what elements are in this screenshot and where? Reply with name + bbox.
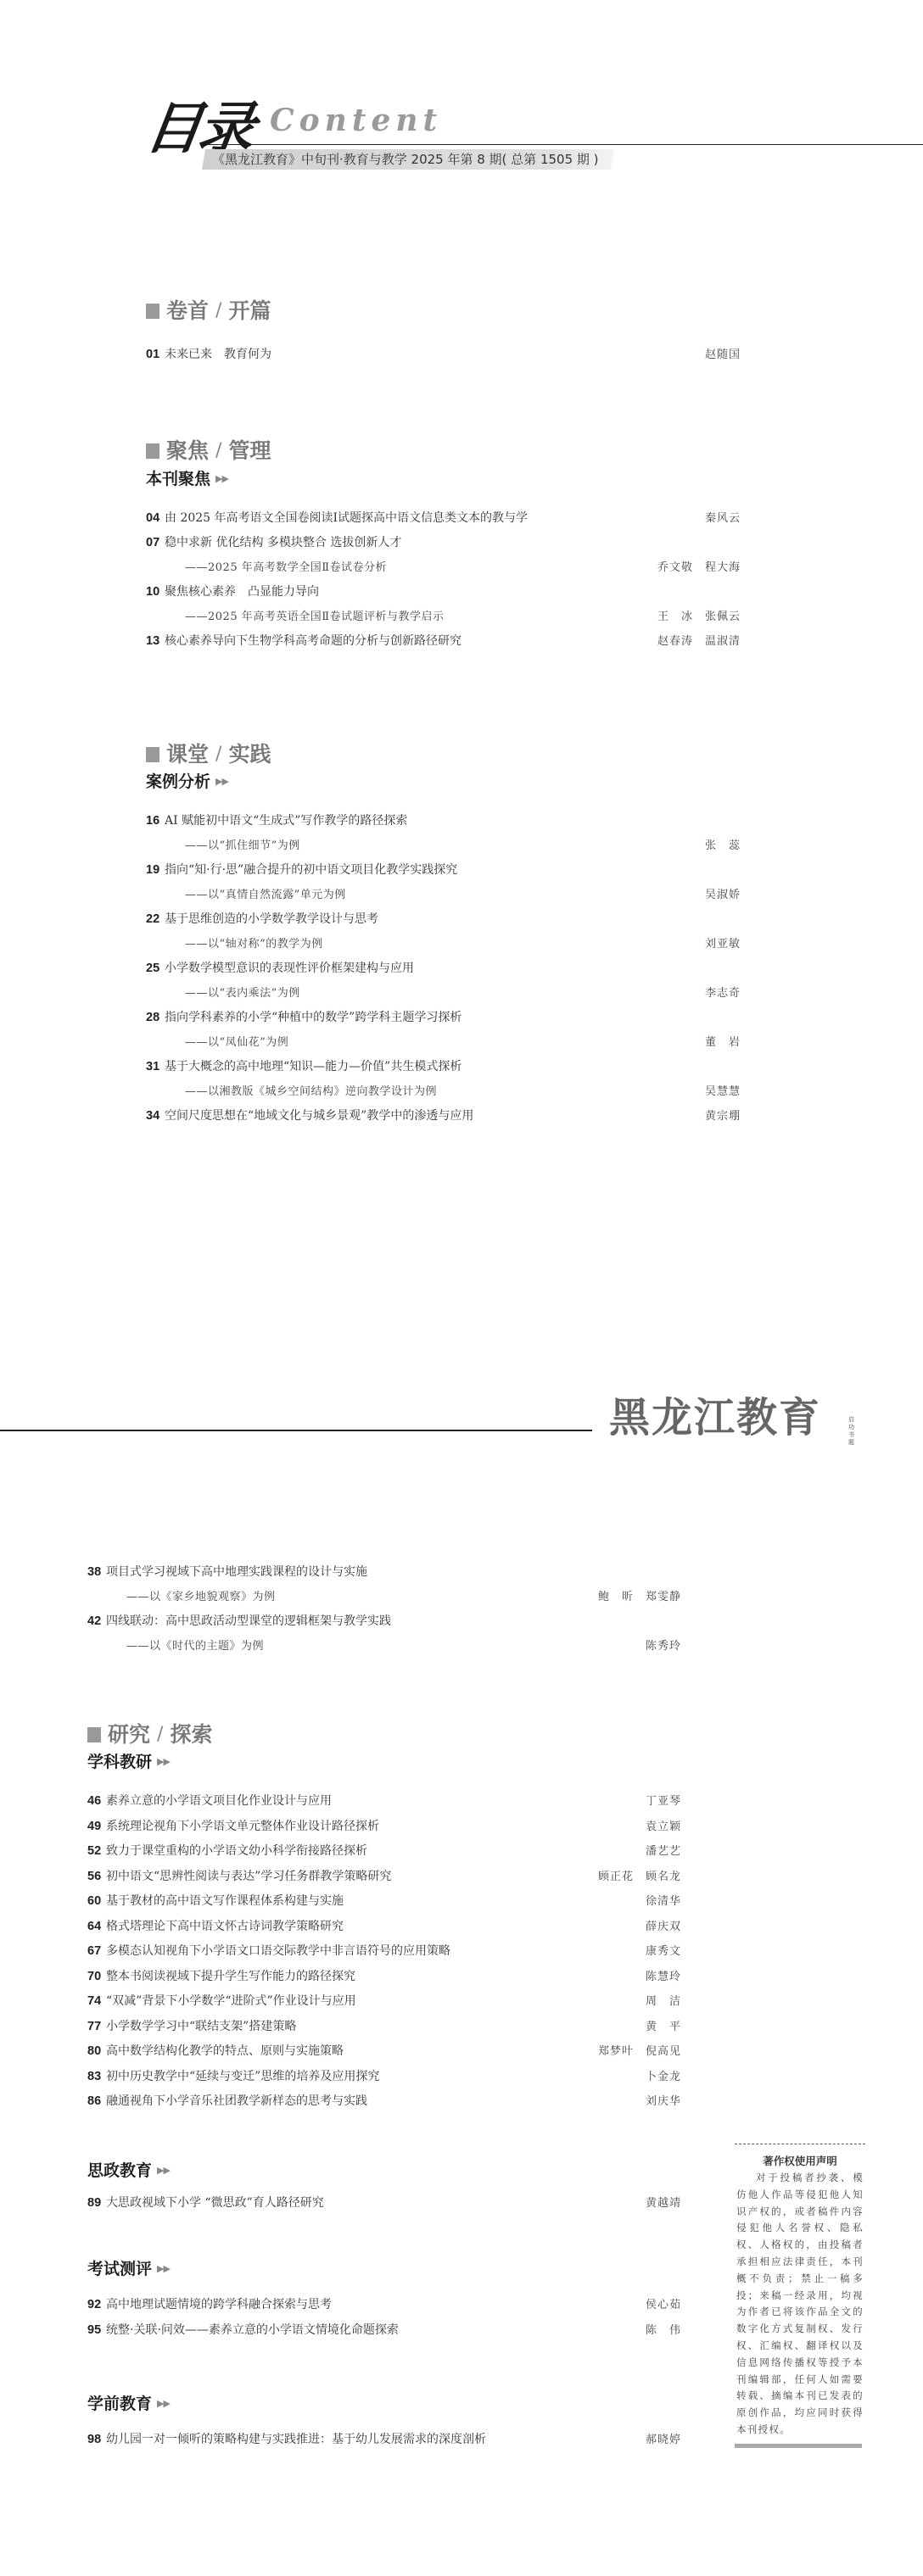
article-title: 基于教材的高中语文写作课程体系构建与实施: [106, 1889, 344, 1914]
article-author: 吴慧慧: [705, 1079, 741, 1104]
page-number: 31: [146, 1055, 159, 1079]
article-subtitle: ——以“抓住细节”为例: [185, 834, 300, 858]
toc-entry-subtitle: ——以“真情自然流露”单元为例 吴淑娇: [146, 883, 741, 907]
article-title: 幼儿园一对一倾听的策略构建与实践推进：基于幼儿发展需求的深度剖析: [106, 2428, 486, 2452]
article-title: 指向“知·行·思”融合提升的初中语文项目化教学实践探究: [165, 858, 457, 883]
article-title: 空间尺度思想在“地域文化与城乡景观”教学中的渗透与应用: [165, 1104, 473, 1129]
toc-title-en: Content: [270, 105, 442, 136]
article-title: 初中语文“思辨性阅读与表达”学习任务群教学策略研究: [106, 1865, 391, 1889]
page-number: 95: [87, 2318, 101, 2343]
toc-entry[interactable]: 01 未来已来 教育何为 赵随国: [146, 343, 741, 367]
article-title: 稳中求新 优化结构 多模块整合 选拔创新人才: [165, 531, 401, 555]
toc-entry[interactable]: 10 聚焦核心素养 凸显能力导向: [146, 580, 741, 605]
section-heading-right: 管理: [228, 438, 271, 464]
article-title: 系统理论视角下小学语文单元整体作业设计路径探析: [106, 1815, 379, 1839]
page-number: 38: [87, 1560, 101, 1585]
article-author: 鲍 昕 郑雯静: [598, 1585, 681, 1609]
toc-entry[interactable]: 60 基于教材的高中语文写作课程体系构建与实施 徐清华: [87, 1889, 681, 1914]
subsection-heading-subject-research: 学科教研 ▶▶: [87, 1752, 170, 1772]
double-triangle-icon: ▶▶: [215, 772, 228, 792]
section-heading-right: 探索: [170, 1722, 212, 1748]
article-title: “双减”背景下小学数学“进阶式”作业设计与应用: [106, 1989, 356, 2014]
article-title: 初中历史教学中“延续与变迁”思维的培养及应用探究: [106, 2065, 379, 2089]
article-author: 卜金龙: [646, 2065, 681, 2089]
section-heading-left: 课堂: [166, 742, 209, 767]
slash-divider: /: [215, 742, 221, 767]
issue-info-text: 《黑龙江教育》中旬刊·教育与教学 2025 年第 8 期( 总第 1505 期 …: [212, 149, 599, 170]
toc-title-cn: 目录: [142, 100, 255, 156]
subsection-label: 学科教研: [87, 1752, 152, 1772]
article-title: 整本书阅读视域下提升学生写作能力的路径探究: [106, 1965, 355, 1989]
page-number: 92: [87, 2293, 101, 2317]
page-number: 89: [87, 2191, 101, 2216]
article-subtitle: ——以“凤仙花”为例: [185, 1030, 288, 1055]
page-number: 49: [87, 1815, 101, 1839]
dashed-divider: [735, 2144, 865, 2144]
page-number: 10: [146, 580, 159, 605]
article-title: 基于大概念的高中地理“知识—能力—价值”共生模式探析: [165, 1055, 461, 1079]
subsection-label: 本刊聚焦: [146, 469, 210, 489]
square-bullet-icon: [146, 443, 159, 459]
article-author: 郝晓婷: [646, 2428, 681, 2452]
page-number: 42: [87, 1609, 101, 1634]
page-number: 01: [146, 343, 159, 367]
subsection-label: 案例分析: [146, 772, 210, 792]
section-heading-right: 开篇: [228, 298, 271, 324]
toc-entry-subtitle: ——以“抓住细节”为例 张 蕊: [146, 834, 741, 858]
article-title: 多模态认知视角下小学语文口语交际教学中非言语符号的应用策略: [106, 1939, 450, 1964]
copyright-notice-body: 对于投稿者抄袭、模仿他人作品等侵犯他人知识产权的，或者稿件内容侵犯他人名誉权、隐…: [735, 2170, 865, 2439]
article-title: 高中地理试题情境的跨学科融合探索与思考: [106, 2293, 332, 2317]
issue-info-banner: 《黑龙江教育》中旬刊·教育与教学 2025 年第 8 期( 总第 1505 期 …: [202, 149, 614, 170]
article-author: 侯心茹: [646, 2293, 681, 2317]
subsection-label: 学前教育: [87, 2394, 152, 2414]
article-author: 董 岩: [705, 1030, 741, 1055]
square-bullet-icon: [146, 747, 159, 762]
article-author: 王 冰 张佩云: [657, 605, 741, 629]
magazine-logo: 黑龙江教育: [609, 1397, 821, 1438]
page-number: 13: [146, 629, 159, 654]
toc-entry[interactable]: 86 融通视角下小学音乐社团教学新样态的思考与实践 刘庆华: [87, 2089, 681, 2114]
page-number: 16: [146, 809, 159, 834]
article-author: 薛庆双: [646, 1915, 681, 1939]
article-author: 李志奇: [705, 981, 741, 1006]
toc-entry[interactable]: 25 小学数学模型意识的表现性评价框架建构与应用: [146, 956, 741, 981]
article-subtitle: ——以湘教版《城乡空间结构》逆向教学设计为例: [185, 1079, 437, 1104]
bottom-bar: [735, 2444, 862, 2448]
article-title: 素养立意的小学语文项目化作业设计与应用: [106, 1789, 332, 1814]
page-number: 77: [87, 2015, 101, 2039]
article-title: 聚焦核心素养 凸显能力导向: [165, 580, 319, 605]
article-author: 周 洁: [646, 1989, 681, 2014]
article-subtitle: ——2025 年高考数学全国Ⅱ卷试卷分析: [185, 555, 387, 580]
toc-entry[interactable]: 38 项目式学习视域下高中地理实践课程的设计与实施: [87, 1560, 681, 1585]
page-number: 83: [87, 2065, 101, 2089]
article-title: 由 2025 年高考语文全国卷阅读Ⅰ试题探高中语文信息类文本的教与学: [165, 506, 528, 531]
toc-entry[interactable]: 13 核心素养导向下生物学科高考命题的分析与创新路径研究 赵春涛 温淑清: [146, 629, 741, 654]
logo-calligrapher-signature: 启功书题: [848, 1416, 855, 1447]
header-rule: [208, 144, 923, 145]
toc-entry-subtitle: ——以“凤仙花”为例 董 岩: [146, 1030, 741, 1055]
article-title: AI 赋能初中语文“生成式”写作教学的路径探索: [165, 809, 407, 834]
article-author: 陈 伟: [646, 2318, 681, 2343]
section-heading-research: 研究 / 探索: [87, 1722, 212, 1748]
toc-entry[interactable]: 83 初中历史教学中“延续与变迁”思维的培养及应用探究 卜金龙: [87, 2065, 681, 2089]
article-subtitle: ——以“表内乘法”为例: [185, 981, 300, 1006]
subsection-heading-preschool: 学前教育 ▶▶: [87, 2394, 170, 2414]
page-number: 34: [146, 1104, 159, 1129]
toc-entry-subtitle: ——以《家乡地貌观察》为例 鲍 昕 郑雯静: [87, 1585, 681, 1609]
section-heading-left: 卷首: [166, 298, 209, 324]
page-number: 46: [87, 1789, 101, 1814]
article-author: 赵春涛 温淑清: [657, 629, 741, 654]
toc-entry[interactable]: 42 四线联动：高中思政活动型课堂的逻辑框架与教学实践: [87, 1609, 681, 1634]
subsection-heading-ideological: 思政教育 ▶▶: [87, 2161, 170, 2181]
article-author: 赵随国: [705, 343, 741, 367]
article-title: 小学数学学习中“联结支架”搭建策略: [106, 2015, 296, 2039]
article-title: 统整·关联·问效——素养立意的小学语文情境化命题探索: [106, 2318, 399, 2343]
article-title: 指向学科素养的小学“种植中的数学”跨学科主题学习探析: [165, 1006, 461, 1030]
toc-entry[interactable]: 56 初中语文“思辨性阅读与表达”学习任务群教学策略研究 顾正花 顾名龙: [87, 1865, 681, 1889]
article-author: 秦风云: [705, 506, 741, 531]
subsection-label: 考试测评: [87, 2259, 152, 2279]
article-subtitle: ——以“真情自然流露”单元为例: [185, 883, 346, 907]
toc-entry[interactable]: 64 格式塔理论下高中语文怀古诗词教学策略研究 薛庆双: [87, 1915, 681, 1939]
double-triangle-icon: ▶▶: [157, 1752, 170, 1772]
subsection-heading-cases: 案例分析 ▶▶: [146, 772, 228, 792]
article-author: 乔文敬 程大海: [657, 555, 741, 580]
square-bullet-icon: [87, 1727, 101, 1742]
article-author: 潘艺艺: [646, 1839, 681, 1864]
article-subtitle: ——以《时代的主题》为例: [126, 1634, 264, 1659]
subsection-heading-focus: 本刊聚焦 ▶▶: [146, 469, 228, 489]
section-heading-right: 实践: [228, 742, 271, 767]
article-title: 格式塔理论下高中语文怀古诗词教学策略研究: [106, 1915, 344, 1939]
section-heading-left: 聚焦: [166, 438, 209, 464]
article-subtitle: ——以《家乡地貌观察》为例: [126, 1585, 276, 1609]
article-author: 袁立颖: [646, 1815, 681, 1839]
article-author: 郑梦叶 倪高见: [598, 2039, 681, 2064]
page-divider-rule: [0, 1430, 592, 1431]
page-number: 22: [146, 907, 159, 932]
toc-entry[interactable]: 19 指向“知·行·思”融合提升的初中语文项目化教学实践探究: [146, 858, 741, 883]
article-author: 黄宗堋: [705, 1104, 741, 1129]
article-author: 黄 平: [646, 2015, 681, 2039]
page-number: 64: [87, 1915, 101, 1939]
page-number: 04: [146, 506, 159, 531]
toc-entry[interactable]: 77 小学数学学习中“联结支架”搭建策略 黄 平: [87, 2015, 681, 2039]
toc-entry[interactable]: 67 多模态认知视角下小学语文口语交际教学中非言语符号的应用策略 康秀文: [87, 1939, 681, 1964]
article-title: 核心素养导向下生物学科高考命题的分析与创新路径研究: [165, 629, 461, 654]
page-number: 67: [87, 1939, 101, 1964]
copyright-notice-title: 著作权使用声明: [735, 2153, 865, 2170]
toc-entry-subtitle: ——以《时代的主题》为例 陈秀玲: [87, 1634, 681, 1659]
subsection-heading-assessment: 考试测评 ▶▶: [87, 2259, 170, 2279]
toc-entry[interactable]: 22 基于思维创造的小学数学教学设计与思考: [146, 907, 741, 932]
page-number: 86: [87, 2089, 101, 2114]
article-subtitle: ——以“轴对称”的教学为例: [185, 932, 323, 956]
toc-entry[interactable]: 04 由 2025 年高考语文全国卷阅读Ⅰ试题探高中语文信息类文本的教与学 秦风…: [146, 506, 741, 531]
article-title: 融通视角下小学音乐社团教学新样态的思考与实践: [106, 2089, 367, 2114]
toc-entry[interactable]: 28 指向学科素养的小学“种植中的数学”跨学科主题学习探析: [146, 1006, 741, 1030]
toc-entry[interactable]: 34 空间尺度思想在“地域文化与城乡景观”教学中的渗透与应用 黄宗堋: [146, 1104, 741, 1129]
article-author: 黄越靖: [646, 2191, 681, 2216]
toc-entry[interactable]: 70 整本书阅读视域下提升学生写作能力的路径探究 陈慧玲: [87, 1965, 681, 1989]
page-number: 25: [146, 956, 159, 981]
article-title: 未来已来 教育何为: [165, 343, 271, 367]
square-bullet-icon: [146, 304, 159, 319]
toc-entry-subtitle: ——以“表内乘法”为例 李志奇: [146, 981, 741, 1006]
page-number: 56: [87, 1865, 101, 1889]
toc-entry-subtitle: ——2025 年高考数学全国Ⅱ卷试卷分析 乔文敬 程大海: [146, 555, 741, 580]
article-title: 基于思维创造的小学数学教学设计与思考: [165, 907, 378, 932]
double-triangle-icon: ▶▶: [157, 2394, 170, 2414]
page-number: 60: [87, 1889, 101, 1914]
article-author: 陈慧玲: [646, 1965, 681, 1989]
section-heading-left: 研究: [108, 1722, 150, 1748]
double-triangle-icon: ▶▶: [157, 2259, 170, 2279]
article-author: 陈秀玲: [646, 1634, 681, 1659]
article-author: 吴淑娇: [705, 883, 741, 907]
double-triangle-icon: ▶▶: [215, 469, 228, 489]
article-title: 致力于课堂重构的小学语文幼小科学衔接路径探析: [106, 1839, 367, 1864]
article-author: 康秀文: [646, 1939, 681, 1964]
section-heading-focus: 聚焦 / 管理: [146, 438, 271, 464]
page-number: 74: [87, 1989, 101, 2014]
article-title: 四线联动：高中思政活动型课堂的逻辑框架与教学实践: [106, 1609, 391, 1634]
toc-entry[interactable]: 95 统整·关联·问效——素养立意的小学语文情境化命题探索 陈 伟: [87, 2318, 681, 2343]
section-heading-preface: 卷首 / 开篇: [146, 298, 271, 324]
toc-entry[interactable]: 49 系统理论视角下小学语文单元整体作业设计路径探析 袁立颖: [87, 1815, 681, 1839]
toc-entry-subtitle: ——2025 年高考英语全国Ⅱ卷试题评析与教学启示 王 冰 张佩云: [146, 605, 741, 629]
section-heading-classroom: 课堂 / 实践: [146, 742, 271, 767]
toc-entry[interactable]: 52 致力于课堂重构的小学语文幼小科学衔接路径探析 潘艺艺: [87, 1839, 681, 1864]
toc-entry[interactable]: 74 “双减”背景下小学数学“进阶式”作业设计与应用 周 洁: [87, 1989, 681, 2014]
article-author: 徐清华: [646, 1889, 681, 1914]
slash-divider: /: [215, 438, 221, 464]
page-number: 19: [146, 858, 159, 883]
toc-entry[interactable]: 80 高中数学结构化教学的特点、原则与实施策略 郑梦叶 倪高见: [87, 2039, 681, 2064]
article-author: 张 蕊: [705, 834, 741, 858]
page-number: 28: [146, 1006, 159, 1030]
article-title: 项目式学习视域下高中地理实践课程的设计与实施: [106, 1560, 367, 1585]
page-number: 52: [87, 1839, 101, 1864]
toc-entry-subtitle: ——以湘教版《城乡空间结构》逆向教学设计为例 吴慧慧: [146, 1079, 741, 1104]
toc-entry[interactable]: 46 素养立意的小学语文项目化作业设计与应用 丁亚琴: [87, 1789, 681, 1814]
toc-entry[interactable]: 89 大思政视域下小学 “微思政”育人路径研究 黄越靖: [87, 2191, 681, 2216]
page-number: 98: [87, 2428, 101, 2452]
page-number: 70: [87, 1965, 101, 1989]
toc-entry[interactable]: 07 稳中求新 优化结构 多模块整合 选拔创新人才: [146, 531, 741, 555]
article-subtitle: ——2025 年高考英语全国Ⅱ卷试题评析与教学启示: [185, 605, 445, 629]
toc-entry-subtitle: ——以“轴对称”的教学为例 刘亚敏: [146, 932, 741, 956]
article-author: 刘庆华: [646, 2089, 681, 2114]
article-author: 刘亚敏: [705, 932, 741, 956]
toc-entry[interactable]: 31 基于大概念的高中地理“知识—能力—价值”共生模式探析: [146, 1055, 741, 1079]
slash-divider: /: [215, 298, 221, 324]
article-title: 高中数学结构化教学的特点、原则与实施策略: [106, 2039, 344, 2064]
double-triangle-icon: ▶▶: [157, 2161, 170, 2181]
toc-entry[interactable]: 98 幼儿园一对一倾听的策略构建与实践推进：基于幼儿发展需求的深度剖析 郝晓婷: [87, 2428, 681, 2452]
article-author: 顾正花 顾名龙: [598, 1865, 681, 1889]
copyright-notice-box: 著作权使用声明 对于投稿者抄袭、模仿他人作品等侵犯他人知识产权的，或者稿件内容侵…: [735, 2144, 865, 2448]
subsection-label: 思政教育: [87, 2161, 152, 2181]
page-number: 80: [87, 2039, 101, 2064]
page-number: 07: [146, 531, 159, 555]
article-title: 大思政视域下小学 “微思政”育人路径研究: [106, 2191, 324, 2216]
toc-entry[interactable]: 92 高中地理试题情境的跨学科融合探索与思考 侯心茹: [87, 2293, 681, 2317]
slash-divider: /: [157, 1722, 163, 1748]
toc-entry[interactable]: 16 AI 赋能初中语文“生成式”写作教学的路径探索: [146, 809, 741, 834]
article-author: 丁亚琴: [646, 1789, 681, 1814]
article-title: 小学数学模型意识的表现性评价框架建构与应用: [165, 956, 414, 981]
